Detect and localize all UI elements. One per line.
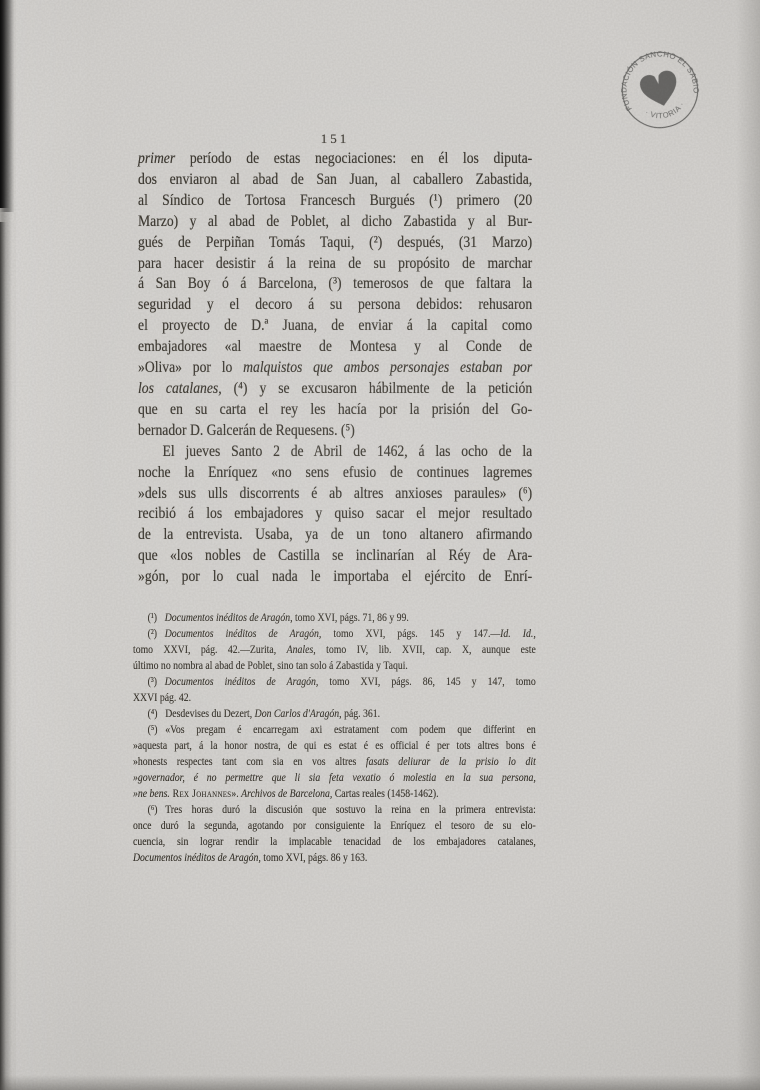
text-run: (²) bbox=[148, 628, 157, 640]
text-line: once duró la segunda, agotando por consi… bbox=[133, 818, 536, 834]
text-run: de la entrevista. Usaba, ya de un tono a… bbox=[138, 526, 532, 543]
footnote: (¹)Documentos inéditos de Aragón, tomo X… bbox=[133, 610, 536, 626]
text-line: Documentos inéditos de Aragón, tomo XVI,… bbox=[133, 850, 536, 866]
text-run: Archivos de Barcelona, bbox=[241, 788, 332, 800]
text-line: »gón, por lo cual nada le importaba el e… bbox=[138, 567, 532, 588]
text-line: de la entrevista. Usaba, ya de un tono a… bbox=[138, 525, 532, 546]
text-run: »dels sus ulls discorrents é ab altres a… bbox=[138, 485, 532, 502]
text-run: tomo XXVI, pág. 42.—Zurita, bbox=[133, 644, 287, 656]
stamp-heart-logo-icon bbox=[638, 69, 682, 111]
text-run: Don Carlos d'Aragón, bbox=[255, 708, 342, 720]
footnote: (⁵)«Vos pregam é encarregam axi estratam… bbox=[133, 722, 536, 802]
text-run: El jueves Santo 2 de Abril de 1462, á la… bbox=[163, 443, 533, 460]
text-line: embajadores «al maestre de Montesa y al … bbox=[138, 337, 532, 358]
text-line: recibió á los embajadores y quiso sacar … bbox=[138, 504, 532, 525]
text-run: período de estas negociaciones: en él lo… bbox=[175, 150, 532, 167]
text-run: que «los nobles de Castilla se inclinarí… bbox=[138, 547, 532, 564]
text-line: gués de Perpiñan Tomás Taqui, (²) despué… bbox=[138, 233, 532, 254]
text-line: »ne bens. Rex Johannes». Archivos de Bar… bbox=[133, 786, 536, 802]
text-run: embajadores «al maestre de Montesa y al … bbox=[138, 338, 532, 355]
main-text-block: primer período de estas negociaciones: e… bbox=[138, 149, 532, 588]
text-run: Documentos inéditos de Aragón, bbox=[165, 628, 322, 640]
page-number: 151 bbox=[138, 131, 532, 147]
text-run: Documentos inéditos de Aragón, bbox=[165, 612, 293, 624]
text-line: que en su carta el rey les hacía por la … bbox=[138, 400, 532, 421]
footnote: (⁶)Tres horas duró la discusión que sost… bbox=[133, 802, 536, 866]
text-run: pág. 361. bbox=[342, 708, 381, 720]
text-run: noche la Enríquez «no sens efusio de con… bbox=[138, 464, 532, 481]
text-line: á San Boy ó á Barcelona, (³) temerosos d… bbox=[138, 274, 532, 295]
text-line: El jueves Santo 2 de Abril de 1462, á la… bbox=[138, 442, 532, 463]
text-line: »Oliva» por lo malquistos que ambos pers… bbox=[138, 358, 532, 379]
text-line: para hacer desistir á la reina de su pro… bbox=[138, 254, 532, 275]
text-line: (¹)Documentos inéditos de Aragón, tomo X… bbox=[133, 610, 536, 626]
text-line: dos enviaron al abad de San Juan, al cab… bbox=[138, 170, 532, 191]
text-run: Marzo) y al abad de Poblet, al dicho Zab… bbox=[138, 213, 532, 230]
text-run: que en su carta el rey les hacía por la … bbox=[138, 401, 532, 418]
text-line: »honests respectes tant com sia en vos a… bbox=[133, 754, 536, 770]
scanned-page: 151 primer período de estas negociacione… bbox=[0, 0, 760, 1090]
text-run: once duró la segunda, agotando por consi… bbox=[133, 820, 536, 832]
text-run: tomo IV, lib. XVII, cap. X, aunque este bbox=[316, 644, 536, 656]
text-line: (³)Documentos inéditos de Aragón, tomo X… bbox=[133, 674, 536, 690]
text-run: (⁶) bbox=[148, 804, 158, 816]
text-run: al Síndico de Tortosa Francesch Burgués … bbox=[138, 192, 532, 209]
text-line: »dels sus ulls discorrents é ab altres a… bbox=[138, 484, 532, 505]
text-run: tomo XVI, págs. 145 y 147.— bbox=[321, 628, 500, 640]
text-line: primer período de estas negociaciones: e… bbox=[138, 149, 532, 170]
text-run: Rex Johannes bbox=[170, 788, 232, 800]
scan-edge-left-top bbox=[0, 0, 17, 212]
text-run: (⁴) bbox=[148, 708, 158, 720]
text-run: malquistos que ambos personajes estaban … bbox=[243, 359, 532, 376]
text-run: fasats deliurar de la prisio lo dit bbox=[366, 756, 536, 768]
text-line: (²)Documentos inéditos de Aragón, tomo X… bbox=[133, 626, 536, 642]
library-stamp-icon: FUNDACIÓN SANCHO EL SABIO · VITORIA · bbox=[586, 16, 734, 164]
text-run: »ne bens. bbox=[133, 788, 170, 800]
scan-edge-left-notch bbox=[0, 208, 10, 222]
text-run: Id. Id., bbox=[500, 628, 536, 640]
text-run: (¹) bbox=[148, 612, 157, 624]
text-run: Desdevises du Dezert, bbox=[165, 708, 254, 720]
text-line: seguridad y el decoro á su persona debid… bbox=[138, 295, 532, 316]
text-run: tomo XVI, págs. 86, 145 y 147, tomo bbox=[318, 676, 535, 688]
text-run: XXVI pág. 42. bbox=[133, 692, 191, 704]
text-run: cuencia, sin lograr rendir la implacable… bbox=[133, 836, 536, 848]
text-run: dos enviaron al abad de San Juan, al cab… bbox=[138, 171, 532, 188]
stamp-top-text: FUNDACIÓN SANCHO EL SABIO bbox=[611, 41, 703, 113]
text-run: »gón, por lo cual nada le importaba el e… bbox=[138, 568, 532, 585]
text-line: que «los nobles de Castilla se inclinarí… bbox=[138, 546, 532, 567]
text-line: al Síndico de Tortosa Francesch Burgués … bbox=[138, 191, 532, 212]
scan-edge-left bbox=[0, 0, 13, 1090]
text-line: bernador D. Galcerán de Requesens. (⁵) bbox=[138, 421, 532, 442]
scan-edge-bottom bbox=[0, 1075, 760, 1090]
text-run: primer bbox=[138, 150, 175, 167]
text-run: »governador, é no permettre que li sia f… bbox=[133, 772, 536, 784]
text-line: tomo XXVI, pág. 42.—Zurita, Anales, tomo… bbox=[133, 642, 536, 658]
text-run: gués de Perpiñan Tomás Taqui, (²) despué… bbox=[138, 234, 532, 251]
text-run: tomo XVI, págs. 86 y 163. bbox=[261, 852, 368, 864]
footnote: (²)Documentos inéditos de Aragón, tomo X… bbox=[133, 626, 536, 674]
text-line: noche la Enríquez «no sens efusio de con… bbox=[138, 463, 532, 484]
text-run: Cartas reales (1458-1462). bbox=[332, 788, 438, 800]
text-line: cuencia, sin lograr rendir la implacable… bbox=[133, 834, 536, 850]
scan-edge-right bbox=[736, 0, 760, 1090]
text-line: (⁶)Tres horas duró la discusión que sost… bbox=[133, 802, 536, 818]
text-run: »honests respectes tant com sia en vos a… bbox=[133, 756, 366, 768]
text-run: el proyecto de D.ª Juana, de enviar á la… bbox=[138, 317, 532, 334]
text-run: Tres horas duró la discusión que sostuvo… bbox=[165, 804, 536, 816]
text-run: á San Boy ó á Barcelona, (³) temerosos d… bbox=[138, 275, 532, 292]
text-line: último no nombra al abad de Poblet, sino… bbox=[133, 658, 536, 674]
text-line: (⁵)«Vos pregam é encarregam axi estratam… bbox=[133, 722, 536, 738]
text-run: (⁵) bbox=[148, 724, 158, 736]
text-line: los catalanes, (⁴) y se excusaron hábilm… bbox=[138, 379, 532, 400]
footnote: (⁴)Desdevises du Dezert, Don Carlos d'Ar… bbox=[133, 706, 536, 722]
text-run: (⁴) y se excusaron hábilmente de la peti… bbox=[222, 380, 533, 397]
scan-gutter-light bbox=[16, 0, 96, 1090]
text-line: »aquesta part, á la honor nostra, de qui… bbox=[133, 738, 536, 754]
text-line: Marzo) y al abad de Poblet, al dicho Zab… bbox=[138, 212, 532, 233]
text-run: »Oliva» por lo bbox=[138, 359, 243, 376]
text-run: recibió á los embajadores y quiso sacar … bbox=[138, 505, 532, 522]
text-run: para hacer desistir á la reina de su pro… bbox=[138, 255, 532, 272]
text-run: último no nombra al abad de Poblet, sino… bbox=[133, 660, 408, 672]
text-line: (⁴)Desdevises du Dezert, Don Carlos d'Ar… bbox=[133, 706, 536, 722]
text-run: ». bbox=[231, 788, 241, 800]
text-line: XXVI pág. 42. bbox=[133, 690, 536, 706]
text-run: Documentos inéditos de Aragón, bbox=[165, 676, 319, 688]
svg-text:FUNDACIÓN SANCHO EL SABIO: FUNDACIÓN SANCHO EL SABIO bbox=[611, 41, 703, 113]
footnote: (³)Documentos inéditos de Aragón, tomo X… bbox=[133, 674, 536, 706]
text-line: el proyecto de D.ª Juana, de enviar á la… bbox=[138, 316, 532, 337]
text-run: Anales, bbox=[287, 644, 316, 656]
text-run: seguridad y el decoro á su persona debid… bbox=[138, 296, 532, 313]
text-run: (³) bbox=[148, 676, 157, 688]
footnotes-block: (¹)Documentos inéditos de Aragón, tomo X… bbox=[133, 610, 536, 866]
text-run: los catalanes, bbox=[138, 380, 222, 397]
paragraph: primer período de estas negociaciones: e… bbox=[138, 149, 532, 442]
text-run: bernador D. Galcerán de Requesens. (⁵) bbox=[138, 422, 355, 439]
text-run: Documentos inéditos de Aragón, bbox=[133, 852, 261, 864]
text-line: »governador, é no permettre que li sia f… bbox=[133, 770, 536, 786]
text-run: »aquesta part, á la honor nostra, de qui… bbox=[133, 740, 536, 752]
text-run: «Vos pregam é encarregam axi estratament… bbox=[165, 724, 536, 736]
text-run: tomo XVI, págs. 71, 86 y 99. bbox=[293, 612, 409, 624]
paragraph: El jueves Santo 2 de Abril de 1462, á la… bbox=[138, 442, 532, 588]
